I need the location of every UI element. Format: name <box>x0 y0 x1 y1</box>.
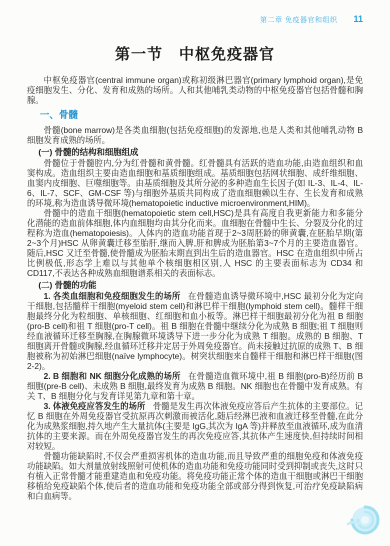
intro-paragraph: 中枢免疫器官(central immune organ)或称初级淋巴器官(pri… <box>27 75 363 105</box>
page-header: 第二章 免疫器官和组织 11 <box>27 10 363 26</box>
textbook-page: 第二章 免疫器官和组织 11 第一节 中枢免疫器官 中枢免疫器官(central… <box>0 0 390 546</box>
paragraph-structure-2: 骨髓中的造血干细胞(hematopoietic stem cell,HSC)是具… <box>27 208 363 278</box>
function-item: 1. 各类血细胞和免疫细胞发生的场所在骨髓造血诱导微环境中,HSC 最初分化为定… <box>27 291 363 371</box>
function-item-lead: 3. 体液免疫应答发生的场所 <box>44 401 146 411</box>
heading-bone-marrow: 一、骨髓 <box>27 110 363 121</box>
section-title: 第一节 中枢免疫器官 <box>27 43 363 64</box>
subheading-functions: (二) 骨髓的功能 <box>27 280 363 290</box>
function-item-lead: 1. 各类血细胞和免疫细胞发生的场所 <box>44 291 181 301</box>
function-item-lead: 2. B 细胞和 NK 细胞分化成熟的场所 <box>44 371 181 381</box>
paragraph-closing: 骨髓功能缺陷时,不仅会严重损害机体的造血功能,而且导致严重的细胞免疫和体液免疫功… <box>27 451 363 501</box>
paragraph-structure-1: 骨髓位于骨髓腔内,分为红骨髓和黄骨髓。红骨髓具有活跃的造血功能,由造血组织和血窦… <box>27 158 363 208</box>
paragraph-bone-marrow-overview: 骨髓(bone marrow)是各类血细胞(包括免疫细胞)的发源地,也是人类和其… <box>27 125 363 145</box>
function-item: 3. 体液免疫应答发生的场所骨髓是发生再次体液免疫应答后产生抗体的主要部位。记忆… <box>27 401 363 451</box>
page-number: 11 <box>353 14 363 24</box>
swirl-flower-icon <box>339 495 385 541</box>
subheading-structure: (一) 骨髓的结构和细胞组成 <box>27 147 363 157</box>
function-item: 2. B 细胞和 NK 细胞分化成熟的场所在骨髓造血微环境中,祖 B 细胞(pr… <box>27 371 363 401</box>
running-head: 第二章 免疫器官和组织 <box>260 15 337 25</box>
function-item-text: 在骨髓造血诱导微环境中,HSC 最初分化为定向干细胞,包括髓样干细胞(myelo… <box>27 291 363 371</box>
